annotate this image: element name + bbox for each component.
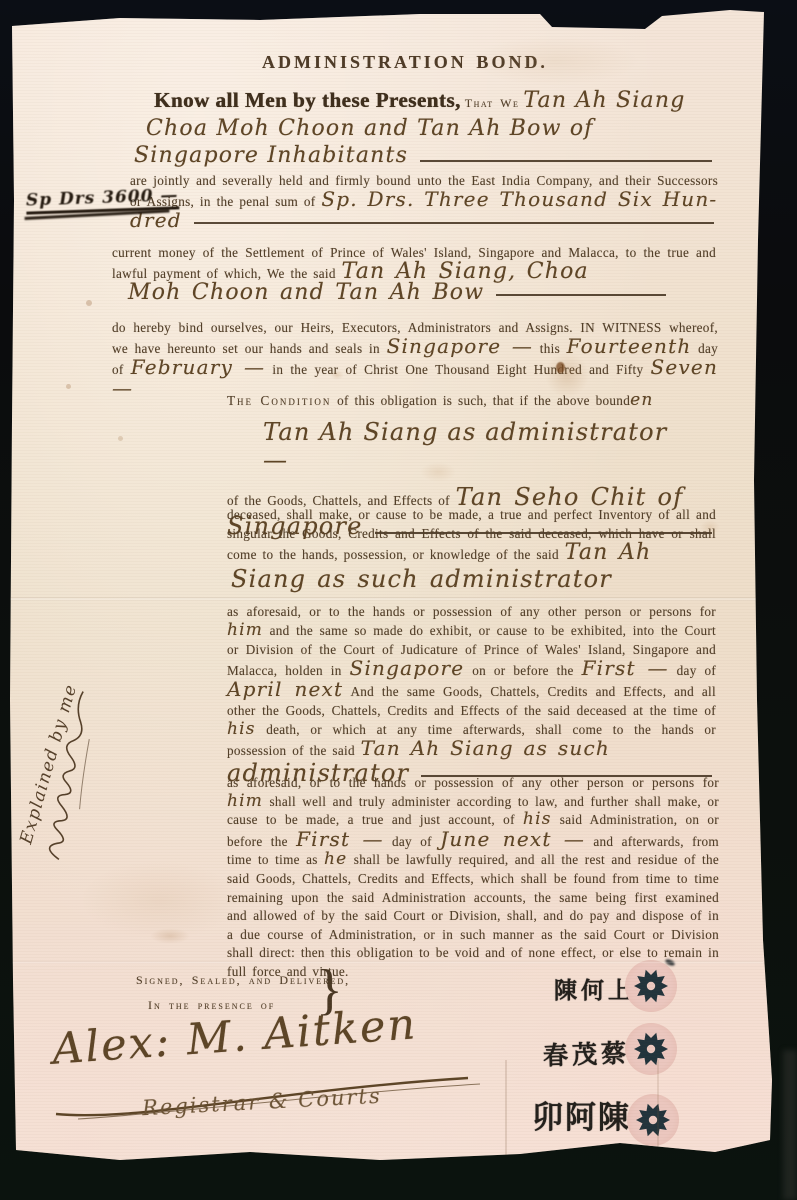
- opening-line-1: Know all Men by these Presents, That We …: [128, 88, 716, 113]
- handwritten-first: First —: [582, 656, 669, 680]
- ink-rule: [194, 222, 714, 224]
- printed-text: as aforesaid, or to the hands or possess…: [227, 775, 719, 790]
- fold-crease-vertical: [505, 1060, 507, 1160]
- that-we-label: That We: [465, 96, 520, 110]
- bond-paper: ADMINISTRATION BOND. Know all Men by the…: [0, 0, 797, 1200]
- handwritten-residence: Singapore Inhabitants: [134, 143, 408, 168]
- printed-text: day of: [677, 663, 716, 678]
- printed-text: day of: [392, 834, 432, 849]
- seal-2: [625, 1023, 677, 1075]
- opening-line-3: Singapore Inhabitants: [134, 143, 716, 168]
- opening-clause: Know all Men by these Presents, That We …: [128, 88, 716, 168]
- handwritten-obligors-2: Moh Choon and Tan Ah Bow: [128, 283, 484, 302]
- administrator-line: Tan Ah Siang as administrator —: [263, 418, 716, 474]
- handwritten-he: he: [324, 849, 347, 869]
- seal-gear-icon: [633, 1100, 673, 1140]
- handwritten-administrator: Tan Ah Siang as administrator —: [263, 418, 700, 474]
- seal-1: [625, 960, 677, 1012]
- page-title: ADMINISTRATION BOND.: [110, 52, 700, 73]
- in-witness-clause: do hereby bind ourselves, our Heirs, Exe…: [112, 318, 718, 400]
- seal-3: [627, 1094, 679, 1146]
- handwritten-him-2: him: [227, 791, 263, 811]
- foxing-speck: [86, 300, 92, 306]
- margin-amount-note: Sp Drs 3600 —: [26, 185, 179, 214]
- printed-text: of this obligation is such, that if the …: [337, 393, 630, 408]
- printed-text: in the year of Christ One Thousand Eight…: [272, 362, 643, 377]
- handwritten-first-2: First —: [296, 827, 384, 851]
- title-text: ADMINISTRATION BOND.: [262, 52, 548, 72]
- chinese-signature-2: 春茂蔡: [542, 1033, 630, 1072]
- condition-line-1: The Condition of this obligation is such…: [227, 391, 716, 410]
- scanned-document-stage: ADMINISTRATION BOND. Know all Men by the…: [0, 0, 797, 1200]
- exhibit-clause: as aforesaid, or to the hands or possess…: [227, 602, 716, 783]
- seal-gear-icon: [631, 966, 671, 1006]
- ink-rule: [496, 294, 666, 296]
- sum-continuation: dred: [130, 211, 718, 230]
- handwritten-holden-place: Singapore: [350, 656, 465, 680]
- handwritten-as-administrator: Siang as such administrator: [231, 565, 612, 593]
- printed-text: on or before the: [472, 663, 574, 678]
- stain: [80, 860, 240, 940]
- handwritten-name: Tan Ah: [565, 540, 652, 565]
- handwritten-place: Singapore —: [387, 334, 534, 358]
- obligors-continuation: Moh Choon and Tan Ah Bow: [128, 283, 716, 302]
- penal-sum-clause: are jointly and severally held and firml…: [130, 171, 718, 230]
- chinese-signature-1: 陳何上: [554, 972, 635, 1005]
- handwritten-name-such: Tan Ah Siang as such: [361, 736, 610, 760]
- fold-crease-horizontal: [10, 597, 763, 601]
- foxing-speck: [118, 436, 123, 441]
- seal-gear-icon: [631, 1029, 671, 1069]
- handwritten-en: en: [630, 390, 653, 410]
- blackletter-phrase: Know all Men by these Presents,: [154, 88, 461, 112]
- opening-line-2: Choa Moh Choon and Tan Ah Bow of: [146, 116, 716, 141]
- scan-edge-artifact: [783, 1050, 797, 1200]
- foxing-speck: [66, 384, 71, 389]
- printed-text: this: [540, 341, 560, 356]
- printed-text: as aforesaid, or to the hands or possess…: [227, 604, 716, 619]
- margin-explained-note: Explained by me: [5, 641, 135, 899]
- handwritten-him: him: [227, 620, 263, 640]
- handwritten-april-next: April next: [227, 677, 343, 701]
- handwritten-his: his: [227, 719, 256, 739]
- witness-role-signature: Registrar & Courts: [142, 1084, 383, 1121]
- handwritten-name-2: Choa Moh Choon and Tan Ah Bow of: [146, 116, 594, 141]
- inventory-hw-line: Siang as such administrator: [231, 570, 716, 592]
- condition-heading: The Condition: [227, 393, 331, 408]
- current-money-clause: current money of the Settlement of Princ…: [112, 243, 716, 302]
- ink-rule: [420, 160, 712, 162]
- inventory-clause: deceased, shall make, or cause to be mad…: [227, 505, 716, 592]
- handwritten-june-next: June next —: [440, 827, 585, 851]
- handwritten-sum: Sp. Drs. Three Thousand Six Hun-: [321, 187, 717, 211]
- handwritten-month: February —: [131, 355, 266, 379]
- chinese-signature-3: 卯阿陳: [532, 1092, 631, 1137]
- administer-clause: as aforesaid, or to the hands or possess…: [227, 774, 719, 982]
- stain: [150, 928, 190, 944]
- handwritten-name-1: Tan Ah Siang: [523, 88, 685, 113]
